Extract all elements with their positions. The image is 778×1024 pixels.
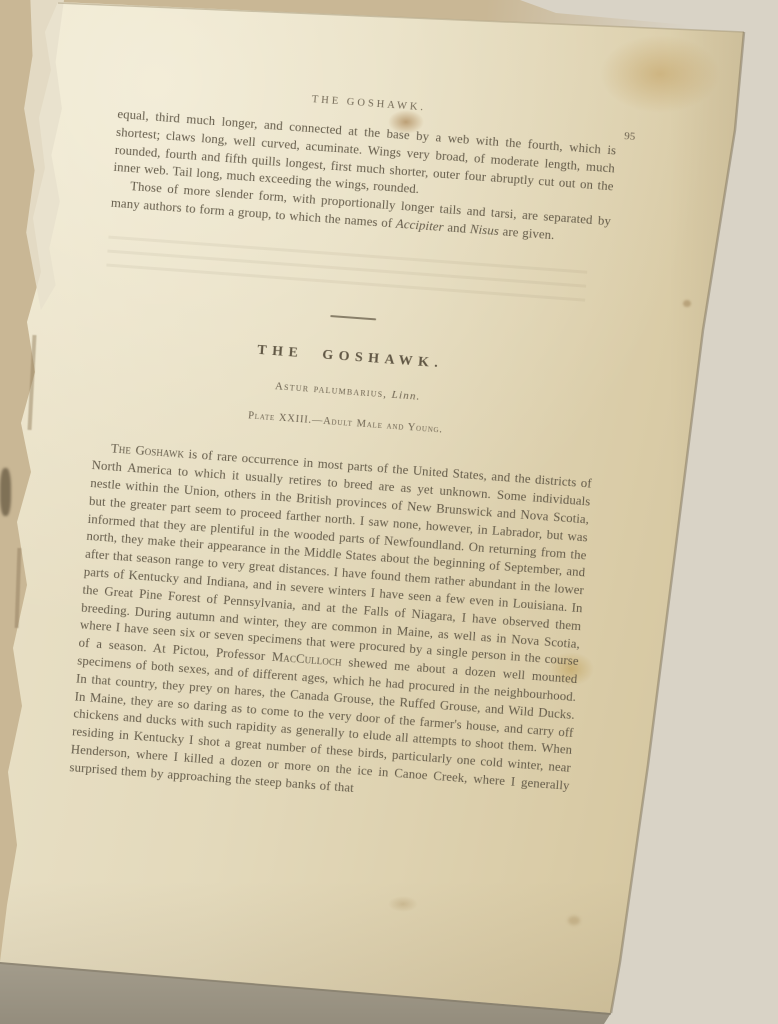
foxing-stain xyxy=(568,916,580,925)
foxing-stain xyxy=(600,35,720,113)
foxing-stain xyxy=(683,300,691,307)
foxing-stain xyxy=(388,896,418,912)
plate-label: Plate XXIII. xyxy=(248,410,313,426)
page-number: 95 xyxy=(624,130,636,143)
page-body: equal, third much longer, and connected … xyxy=(69,106,617,813)
person-name-macculloch: MacCulloch xyxy=(271,650,342,669)
species-authority: Linn. xyxy=(387,388,421,402)
group-note-text: are given. xyxy=(498,224,555,242)
torn-edge-notch xyxy=(0,468,11,516)
article-body-text: shewed me about a dozen well mounted spe… xyxy=(69,653,578,794)
plate-description: —Adult Male and Young. xyxy=(312,415,444,436)
section-rule xyxy=(330,315,376,321)
species-common-name: The Goshawk xyxy=(110,442,184,461)
article-body-text: is of rare occurrence in most parts of t… xyxy=(78,447,592,668)
species-name: Astur palumbarius, xyxy=(275,380,388,400)
genus-name-accipiter: Accipiter xyxy=(395,217,444,234)
book-page-photo: THE GOSHAWK. 95 equal, third much longer… xyxy=(0,0,778,1024)
article-body-paragraph: The Goshawk is of rare occurrence in mos… xyxy=(69,439,592,813)
genus-name-nisus: Nisus xyxy=(469,222,499,238)
page-text: THE GOSHAWK. 95 equal, third much longer… xyxy=(69,80,619,813)
group-note-text: and xyxy=(443,220,470,236)
